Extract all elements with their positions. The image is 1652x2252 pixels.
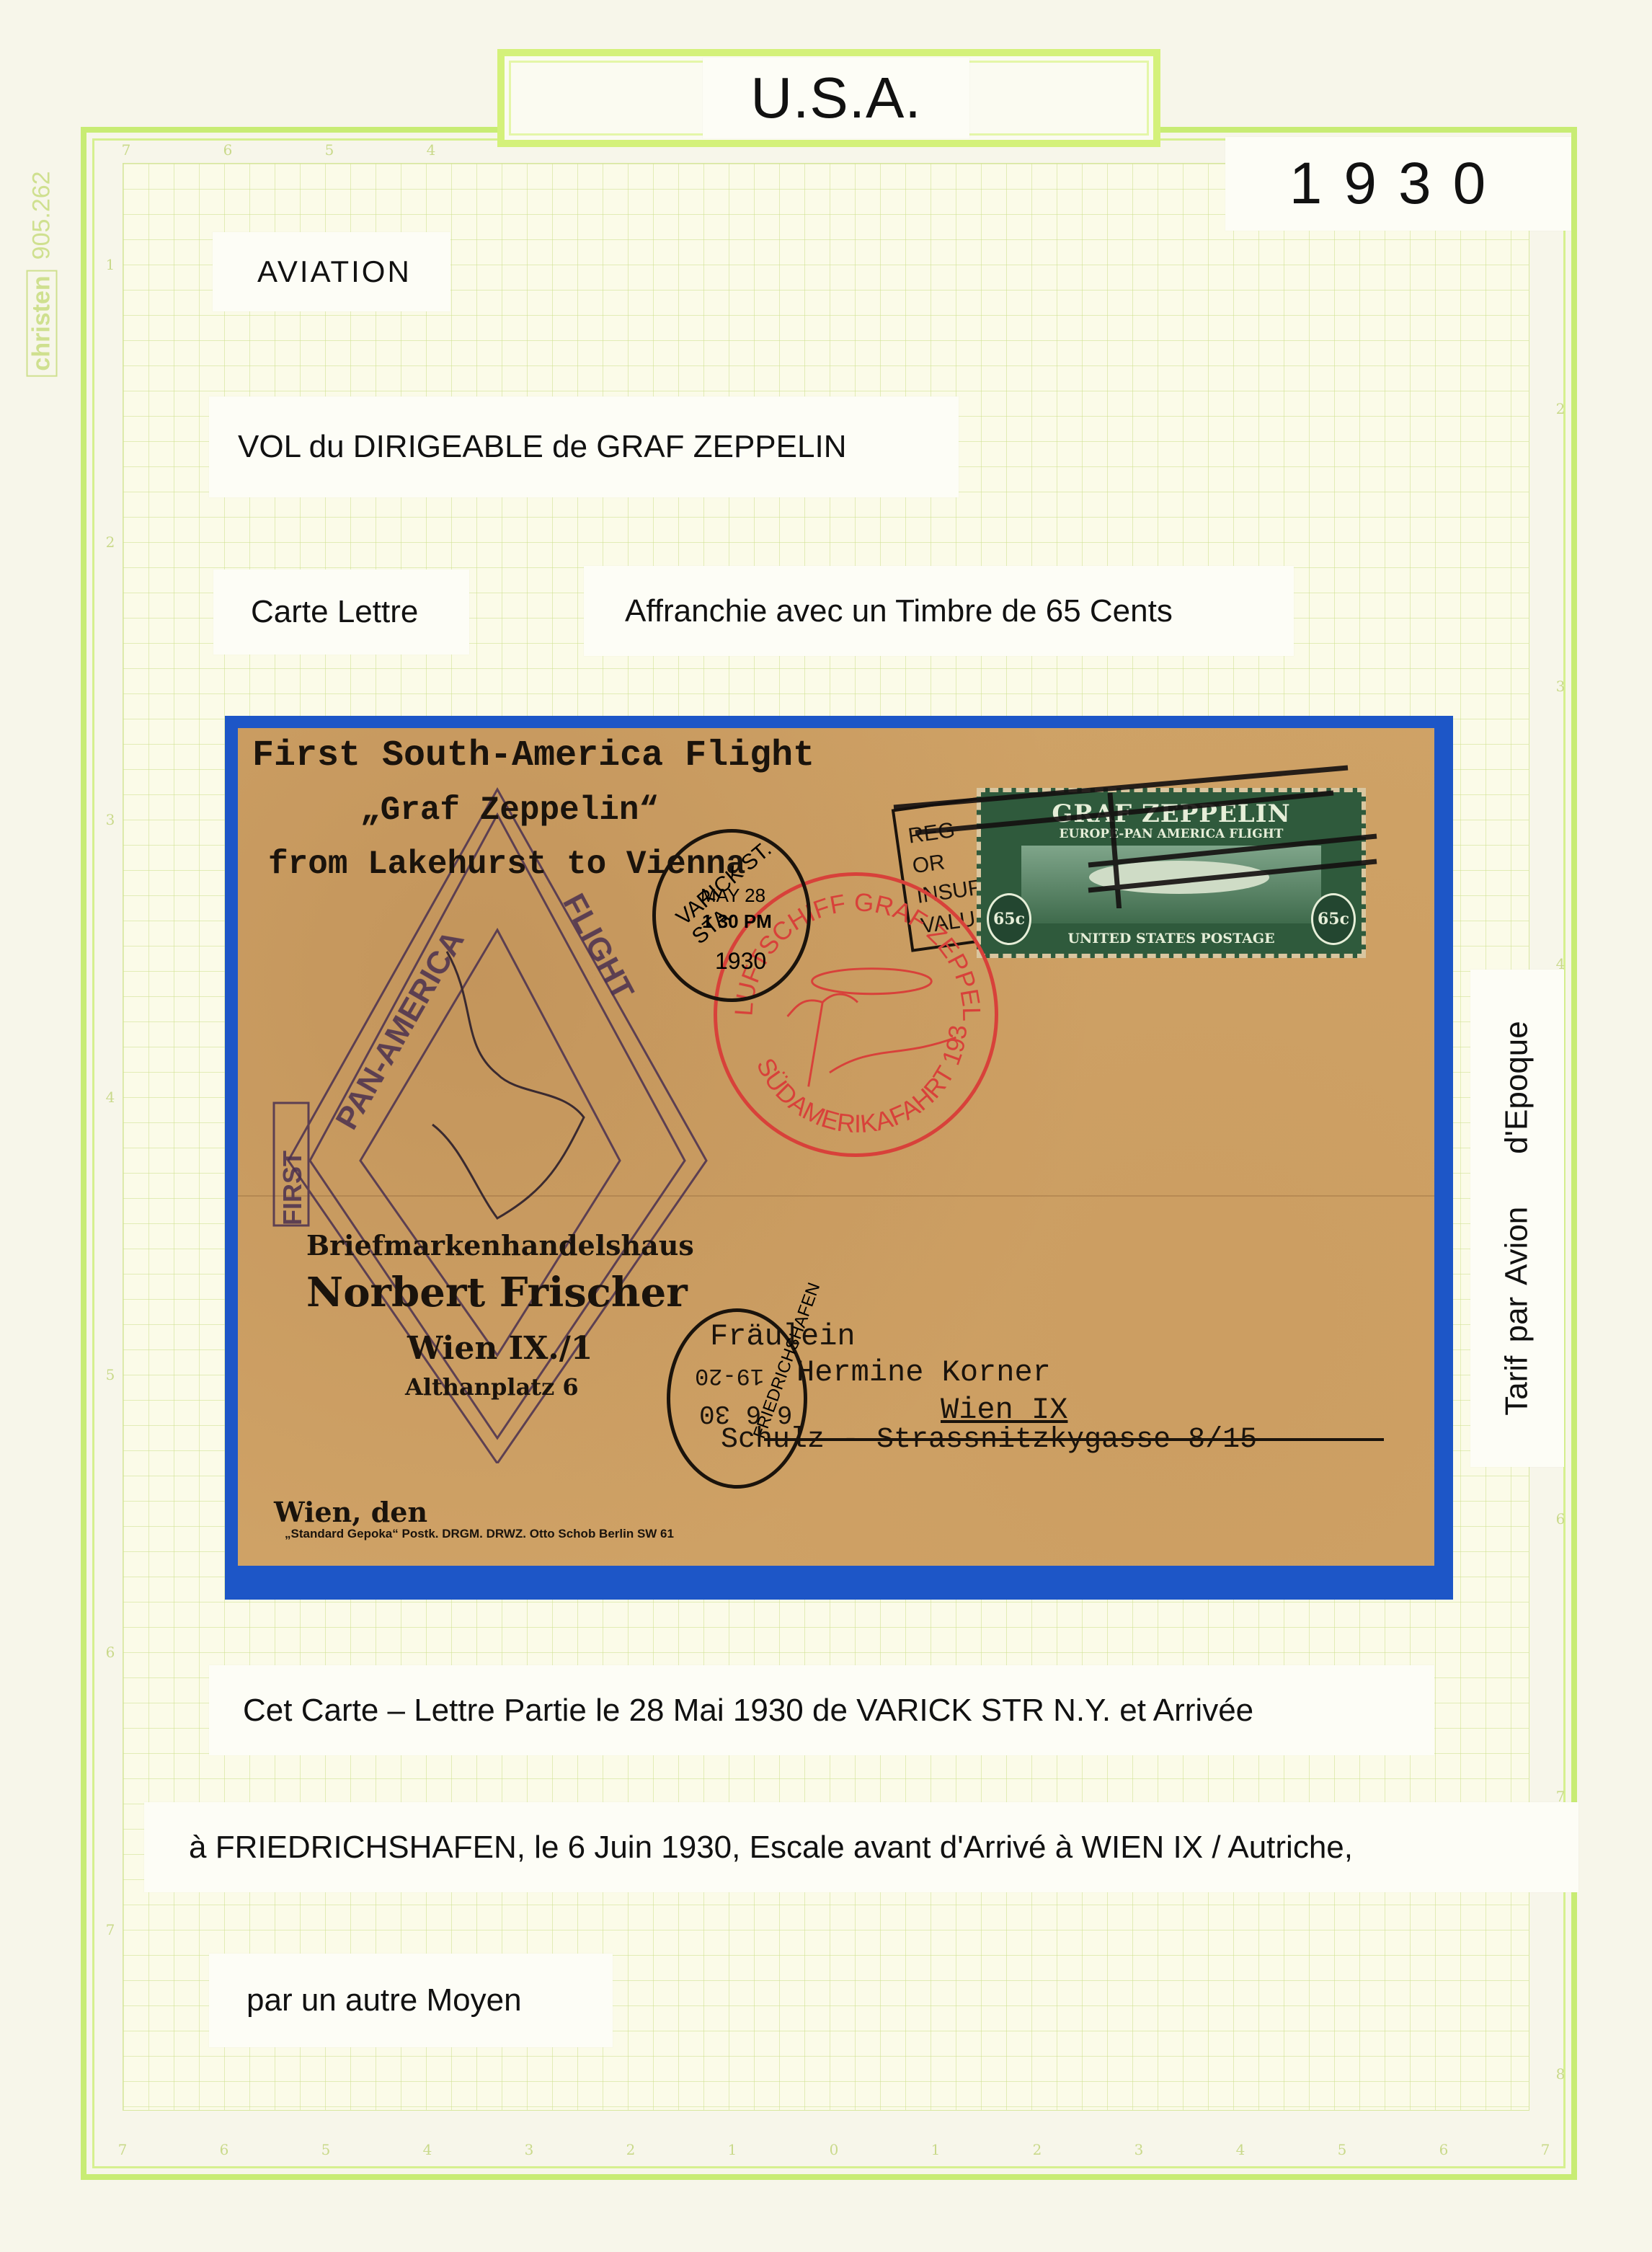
ruler-number: 6	[1433, 2141, 1455, 2158]
ruler-number: 5	[319, 141, 340, 159]
ruler-number: 1	[99, 256, 121, 273]
cover-header-line-1: First South-America Flight	[252, 735, 814, 776]
ruler-number: 1	[721, 2141, 743, 2158]
ruler-number: 7	[112, 2141, 133, 2158]
ruler-number: 4	[420, 141, 442, 159]
year-label: 1930	[1225, 137, 1571, 231]
ruler-number: 4	[99, 1089, 121, 1106]
description-line-1: Cet Carte – Lettre Partie le 28 Mai 1930…	[209, 1665, 1434, 1755]
ruler-number: 3	[1128, 2141, 1150, 2158]
ruler-number: 6	[99, 1644, 121, 1661]
addressee-line-3: Wien IX	[941, 1393, 1067, 1427]
ruler-number: 6	[213, 2141, 235, 2158]
ruler-number: 2	[1026, 2141, 1048, 2158]
ruler-number: 3	[1550, 678, 1571, 695]
ruler-number: 3	[99, 811, 121, 828]
sender-line-4: Althanplatz 6	[405, 1373, 579, 1401]
address-underline	[764, 1438, 1384, 1441]
origin-postmark: VARICK ST. STA. MAY 28 1 30 PM 1930	[652, 829, 811, 1002]
ruler-number: 5	[99, 1366, 121, 1383]
item-type-label: Carte Lettre	[213, 569, 469, 655]
place-date-line: Wien, den	[274, 1496, 427, 1528]
svg-text:FIRST: FIRST	[277, 1151, 307, 1225]
ruler-number: 1	[925, 2141, 946, 2158]
description-line-2: à FRIEDRICHSHAFEN, le 6 Juin 1930, Escal…	[144, 1802, 1578, 1892]
ruler-number: 5	[315, 2141, 337, 2158]
ruler-number: 2	[99, 533, 121, 551]
subject-label: VOL du DIRIGEABLE de GRAF ZEPPELIN	[209, 396, 959, 497]
addressee-line-1: Fräulein	[710, 1319, 856, 1354]
cover-header-line-2: „Graf Zeppelin“	[360, 792, 659, 829]
brand-name: christen	[27, 270, 58, 376]
ruler-number: 0	[823, 2141, 845, 2158]
ruler-number: 7	[99, 1921, 121, 1938]
franking-label: Affranchie avec un Timbre de 65 Cents	[584, 566, 1294, 656]
ruler-number: 2	[620, 2141, 641, 2158]
ruler-number: 7	[115, 141, 137, 159]
ruler-number: 6	[217, 141, 239, 159]
sender-line-3: Wien IX./1	[407, 1330, 592, 1367]
addressee-line-2: Hermine Korner	[796, 1355, 1051, 1390]
ruler-number: 4	[1230, 2141, 1251, 2158]
description-line-3: par un autre Moyen	[209, 1954, 613, 2047]
ruler-number: 4	[417, 2141, 438, 2158]
country-title: U.S.A.	[703, 58, 969, 138]
ruler-number: 2	[1550, 400, 1571, 417]
category-label: AVIATION	[213, 232, 450, 311]
printer-imprint: „Standard Gepoka“ Postk. DRGM. DRWZ. Ott…	[285, 1527, 674, 1541]
ruler-number: 6	[1550, 1510, 1571, 1528]
brand-number: 905.262	[28, 171, 56, 260]
ruler-number: 3	[518, 2141, 540, 2158]
ruler-number: 8	[1550, 2065, 1571, 2083]
rate-note-label: Tarif par Avion d'Epoque	[1470, 970, 1564, 1467]
sender-line-2: Norbert Frischer	[306, 1269, 688, 1316]
ruler-number: 7	[1535, 2141, 1556, 2158]
rate-note-text: Tarif par Avion d'Epoque	[1499, 1021, 1535, 1415]
album-brand: christen 905.262	[20, 159, 63, 389]
ruler-number: 5	[1331, 2141, 1353, 2158]
sender-line-1: Briefmarkenhandelshaus	[306, 1229, 694, 1262]
stamp-country: UNITED STATES POSTAGE	[981, 931, 1362, 947]
